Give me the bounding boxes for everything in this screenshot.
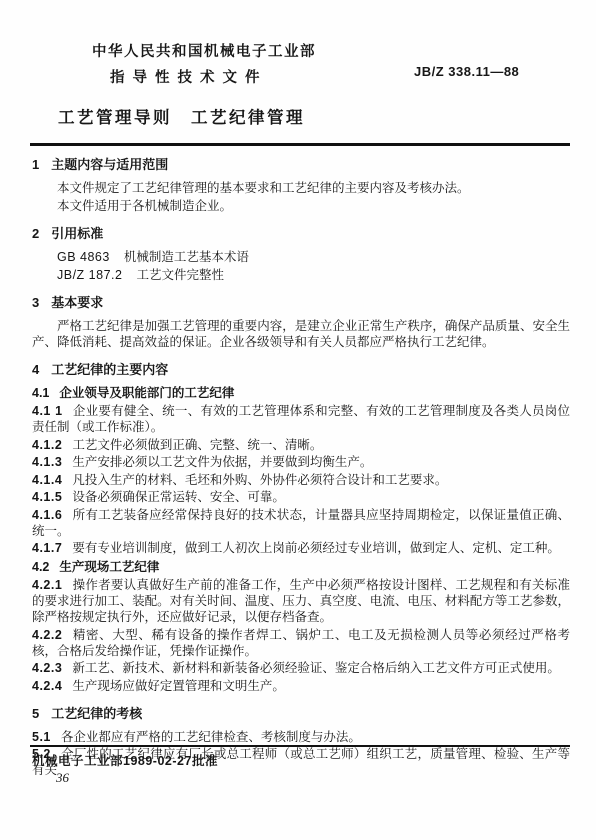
clause-4-1-5: 4.1.5设备必须确保正常运转、安全、可靠。 — [32, 489, 570, 505]
clause-5-1-text: 各企业都应有严格的工艺纪律检查、考核制度与办法。 — [61, 730, 361, 744]
section-5-heading: 5工艺纪律的考核 — [32, 706, 570, 722]
section-1-heading: 1主题内容与适用范围 — [32, 157, 570, 173]
document-type-label: 指导性技术文件 — [110, 66, 596, 87]
section-1-number: 1 — [32, 157, 39, 172]
clause-4-1-4-text: 凡投入生产的材料、毛坯和外购、外协件必须符合设计和工艺要求。 — [72, 473, 447, 487]
clause-4-1-2: 4.1.2工艺文件必须做到正确、完整、统一、清晰。 — [32, 437, 570, 453]
section-1: 1主题内容与适用范围 本文件规定了工艺纪律管理的基本要求和工艺纪律的主要内容及考… — [32, 157, 570, 214]
subsection-4-1-title: 企业领导及职能部门的工艺纪律 — [59, 386, 234, 400]
clause-4-2-4: 4.2.4生产现场应做好定置管理和文明生产。 — [32, 678, 570, 694]
clause-4-1-3-text: 生产安排必须以工艺文件为依据，并要做到均衡生产。 — [72, 455, 372, 469]
section-1-paragraph-2: 本文件适用于各机械制造企业。 — [32, 198, 570, 214]
subsection-4-1-number: 4.1 — [32, 386, 49, 400]
section-3: 3基本要求 严格工艺纪律是加强工艺管理的重要内容，是建立企业正常生产秩序，确保产… — [32, 295, 570, 350]
section-5-number: 5 — [32, 706, 39, 721]
reference-2-code: JB/Z 187.2 — [57, 268, 122, 282]
clause-4-2-3: 4.2.3新工艺、新技术、新材料和新装备必须经验证、鉴定合格后纳入工艺文件方可正… — [32, 660, 570, 676]
reference-1-name: 机械制造工艺基本术语 — [124, 250, 249, 264]
clause-4-1-2-number: 4.1.2 — [32, 438, 62, 452]
clause-4-2-4-text: 生产现场应做好定置管理和文明生产。 — [72, 679, 285, 693]
subsection-4-2-number: 4.2 — [32, 560, 49, 574]
clause-4-1-1-number: 4.1 1 — [32, 404, 63, 418]
clause-4-1-7: 4.1.7要有专业培训制度，做到工人初次上岗前必须经过专业培训，做到定人、定机、… — [32, 540, 570, 556]
clause-4-2-2: 4.2.2精密、大型、稀有设备的操作者焊工、锅炉工、电工及无损检测人员等必须经过… — [32, 627, 570, 659]
clause-4-1-3: 4.1.3生产安排必须以工艺文件为依据，并要做到均衡生产。 — [32, 454, 570, 470]
section-1-title: 主题内容与适用范围 — [51, 157, 168, 172]
reference-1: GB 4863机械制造工艺基本术语 — [57, 249, 570, 265]
clause-4-2-1-number: 4.2.1 — [32, 578, 62, 592]
clause-4-1-2-text: 工艺文件必须做到正确、完整、统一、清晰。 — [72, 438, 322, 452]
reference-2-name: 工艺文件完整性 — [136, 268, 224, 282]
section-3-paragraph-1: 严格工艺纪律是加强工艺管理的重要内容，是建立企业正常生产秩序，确保产品质量、安全… — [32, 318, 570, 350]
clause-4-2-2-text: 精密、大型、稀有设备的操作者焊工、锅炉工、电工及无损检测人员等必须经过严格考核，… — [32, 628, 570, 658]
footer-rule — [30, 745, 570, 747]
clause-4-1-4-number: 4.1.4 — [32, 473, 62, 487]
standard-number: JB/Z 338.11—88 — [414, 64, 519, 79]
section-2-number: 2 — [32, 226, 39, 241]
clause-4-2-3-text: 新工艺、新技术、新材料和新装备必须经验证、鉴定合格后纳入工艺文件方可正式使用。 — [72, 661, 560, 675]
section-3-heading: 3基本要求 — [32, 295, 570, 311]
section-4-number: 4 — [32, 362, 39, 377]
document-body: 1主题内容与适用范围 本文件规定了工艺纪律管理的基本要求和工艺纪律的主要内容及考… — [32, 157, 570, 790]
clause-4-1-6: 4.1.6所有工艺装备应经常保持良好的技术状态，计量器具应坚持周期检定，以保证量… — [32, 507, 570, 539]
clause-4-1-1-text: 企业要有健全、统一、有效的工艺管理体系和完整、有效的工艺管理制度及各类人员岗位责… — [32, 404, 570, 434]
clause-4-1-3-number: 4.1.3 — [32, 455, 62, 469]
clause-4-1-6-text: 所有工艺装备应经常保持良好的技术状态，计量器具应坚持周期检定，以保证量值正确、统… — [32, 508, 570, 538]
section-4-title: 工艺纪律的主要内容 — [51, 362, 168, 377]
clause-4-1-5-text: 设备必须确保正常运转、安全、可靠。 — [72, 490, 285, 504]
clause-4-1-1: 4.1 1企业要有健全、统一、有效的工艺管理体系和完整、有效的工艺管理制度及各类… — [32, 403, 570, 435]
clause-4-2-2-number: 4.2.2 — [32, 628, 62, 642]
approval-line: 机械电子工业部1989-02-27批准 — [32, 751, 218, 769]
section-1-paragraph-1: 本文件规定了工艺纪律管理的基本要求和工艺纪律的主要内容及考核办法。 — [32, 180, 570, 196]
clause-4-1-7-text: 要有专业培训制度，做到工人初次上岗前必须经过专业培训，做到定人、定机、定工种。 — [72, 541, 560, 555]
clause-4-1-5-number: 4.1.5 — [32, 490, 62, 504]
subsection-4-2-heading: 4.2生产现场工艺纪律 — [32, 559, 570, 575]
page-number: 36 — [56, 770, 69, 786]
clause-5-1: 5.1各企业都应有严格的工艺纪律检查、考核制度与办法。 — [32, 729, 570, 745]
section-3-title: 基本要求 — [51, 295, 103, 310]
section-5-title: 工艺纪律的考核 — [51, 706, 142, 721]
clause-4-2-3-number: 4.2.3 — [32, 661, 62, 675]
section-2-title: 引用标准 — [51, 226, 103, 241]
section-4-heading: 4工艺纪律的主要内容 — [32, 362, 570, 378]
clause-4-2-1-text: 操作者要认真做好生产前的准备工作，生产中必须严格按设计图样、工艺规程和有关标准的… — [32, 578, 570, 624]
section-3-number: 3 — [32, 295, 39, 310]
document-page: 中华人民共和国机械电子工业部 指导性技术文件 JB/Z 338.11—88 工艺… — [0, 0, 596, 840]
clause-5-1-number: 5.1 — [32, 730, 51, 744]
section-2: 2引用标准 GB 4863机械制造工艺基本术语 JB/Z 187.2工艺文件完整… — [32, 226, 570, 283]
document-title: 工艺管理导则 工艺纪律管理 — [58, 104, 596, 128]
clause-4-2-1: 4.2.1操作者要认真做好生产前的准备工作，生产中必须严格按设计图样、工艺规程和… — [32, 577, 570, 625]
clause-4-1-4: 4.1.4凡投入生产的材料、毛坯和外购、外协件必须符合设计和工艺要求。 — [32, 472, 570, 488]
section-4: 4工艺纪律的主要内容 4.1企业领导及职能部门的工艺纪律 4.1 1企业要有健全… — [32, 362, 570, 694]
reference-2: JB/Z 187.2工艺文件完整性 — [57, 267, 570, 283]
reference-1-code: GB 4863 — [57, 250, 110, 264]
subsection-4-2-title: 生产现场工艺纪律 — [59, 560, 159, 574]
clause-4-1-7-number: 4.1.7 — [32, 541, 62, 555]
clause-4-2-4-number: 4.2.4 — [32, 679, 62, 693]
issuing-organization: 中华人民共和国机械电子工业部 — [92, 40, 596, 61]
section-2-heading: 2引用标准 — [32, 226, 570, 242]
subsection-4-1-heading: 4.1企业领导及职能部门的工艺纪律 — [32, 385, 570, 401]
header-rule — [30, 143, 570, 146]
clause-4-1-6-number: 4.1.6 — [32, 508, 62, 522]
